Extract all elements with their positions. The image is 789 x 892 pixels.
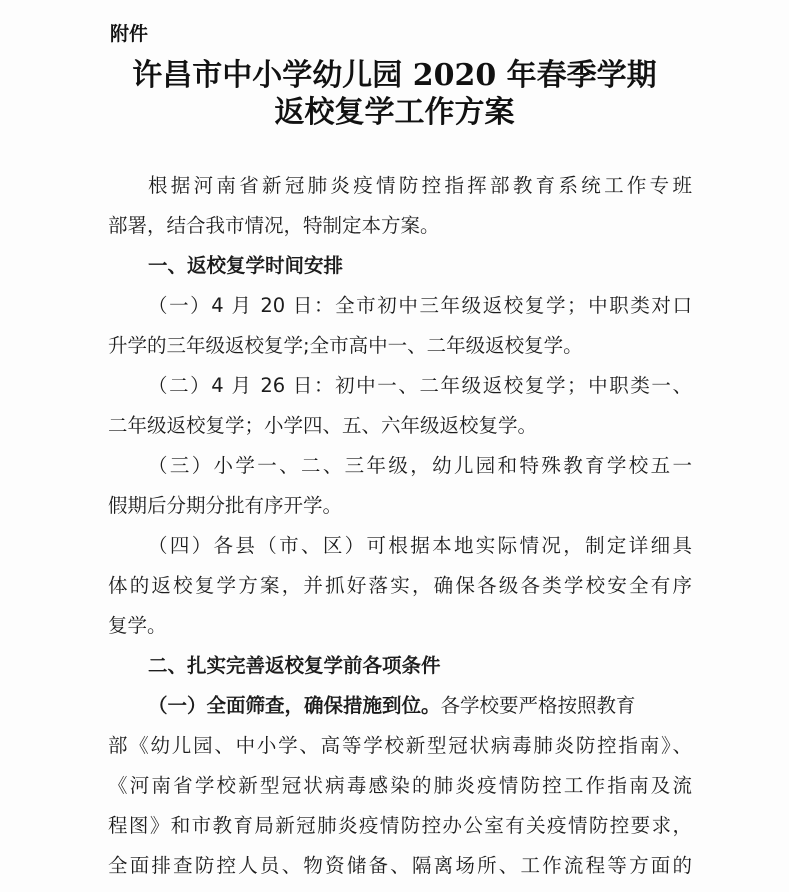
paragraph-line: 《河南省学校新型冠状病毒感染的肺炎疫情防控工作指南及流: [108, 766, 692, 806]
document-body: 根据河南省新冠肺炎疫情防控指挥部教育系统工作专班 部署，结合我市情况，特制定本方…: [108, 166, 692, 886]
paragraph-line: （一）4 月 20 日：全市初中三年级返校复学；中职类对口: [108, 286, 692, 326]
document-title-line2: 返校复学工作方案: [0, 87, 789, 131]
paragraph-line: 二年级返校复学；小学四、五、六年级返校复学。: [108, 406, 692, 446]
attachment-label: 附件: [110, 19, 148, 46]
paragraph-line: 部署，结合我市情况，特制定本方案。: [108, 206, 692, 246]
item-bold-lead: （一）全面筛查，确保措施到位。: [148, 694, 441, 717]
paragraph-line: （三）小学一、二、三年级，幼儿园和特殊教育学校五一: [108, 446, 692, 486]
paragraph-line: 假期后分期分批有序开学。: [108, 486, 692, 526]
paragraph-line: 体的返校复学方案，并抓好落实，确保各级各类学校安全有序: [108, 566, 692, 606]
document-page: 附件 许昌市中小学幼儿园 2020 年春季学期 返校复学工作方案 根据河南省新冠…: [0, 0, 789, 892]
paragraph-line: 升学的三年级返校复学;全市高中一、二年级返校复学。: [108, 326, 692, 366]
paragraph-line: 部《幼儿园、中小学、高等学校新型冠状病毒肺炎防控指南》、: [108, 726, 692, 766]
item-text: 各学校要严格按照教育: [441, 694, 636, 717]
paragraph-line: 根据河南省新冠肺炎疫情防控指挥部教育系统工作专班: [108, 166, 692, 206]
paragraph-line: 复学。: [108, 606, 692, 646]
paragraph-line: （四）各县（市、区）可根据本地实际情况，制定详细具: [108, 526, 692, 566]
section-heading: 一、返校复学时间安排: [108, 246, 692, 286]
paragraph-line: 全面排查防控人员、物资储备、隔离场所、工作流程等方面的: [108, 846, 692, 886]
paragraph-line: （一）全面筛查，确保措施到位。各学校要严格按照教育: [108, 686, 692, 726]
paragraph-line: （二）4 月 26 日：初中一、二年级返校复学；中职类一、: [108, 366, 692, 406]
paragraph-line: 程图》和市教育局新冠肺炎疫情防控办公室有关疫情防控要求，: [108, 806, 692, 846]
section-heading: 二、扎实完善返校复学前各项条件: [108, 646, 692, 686]
